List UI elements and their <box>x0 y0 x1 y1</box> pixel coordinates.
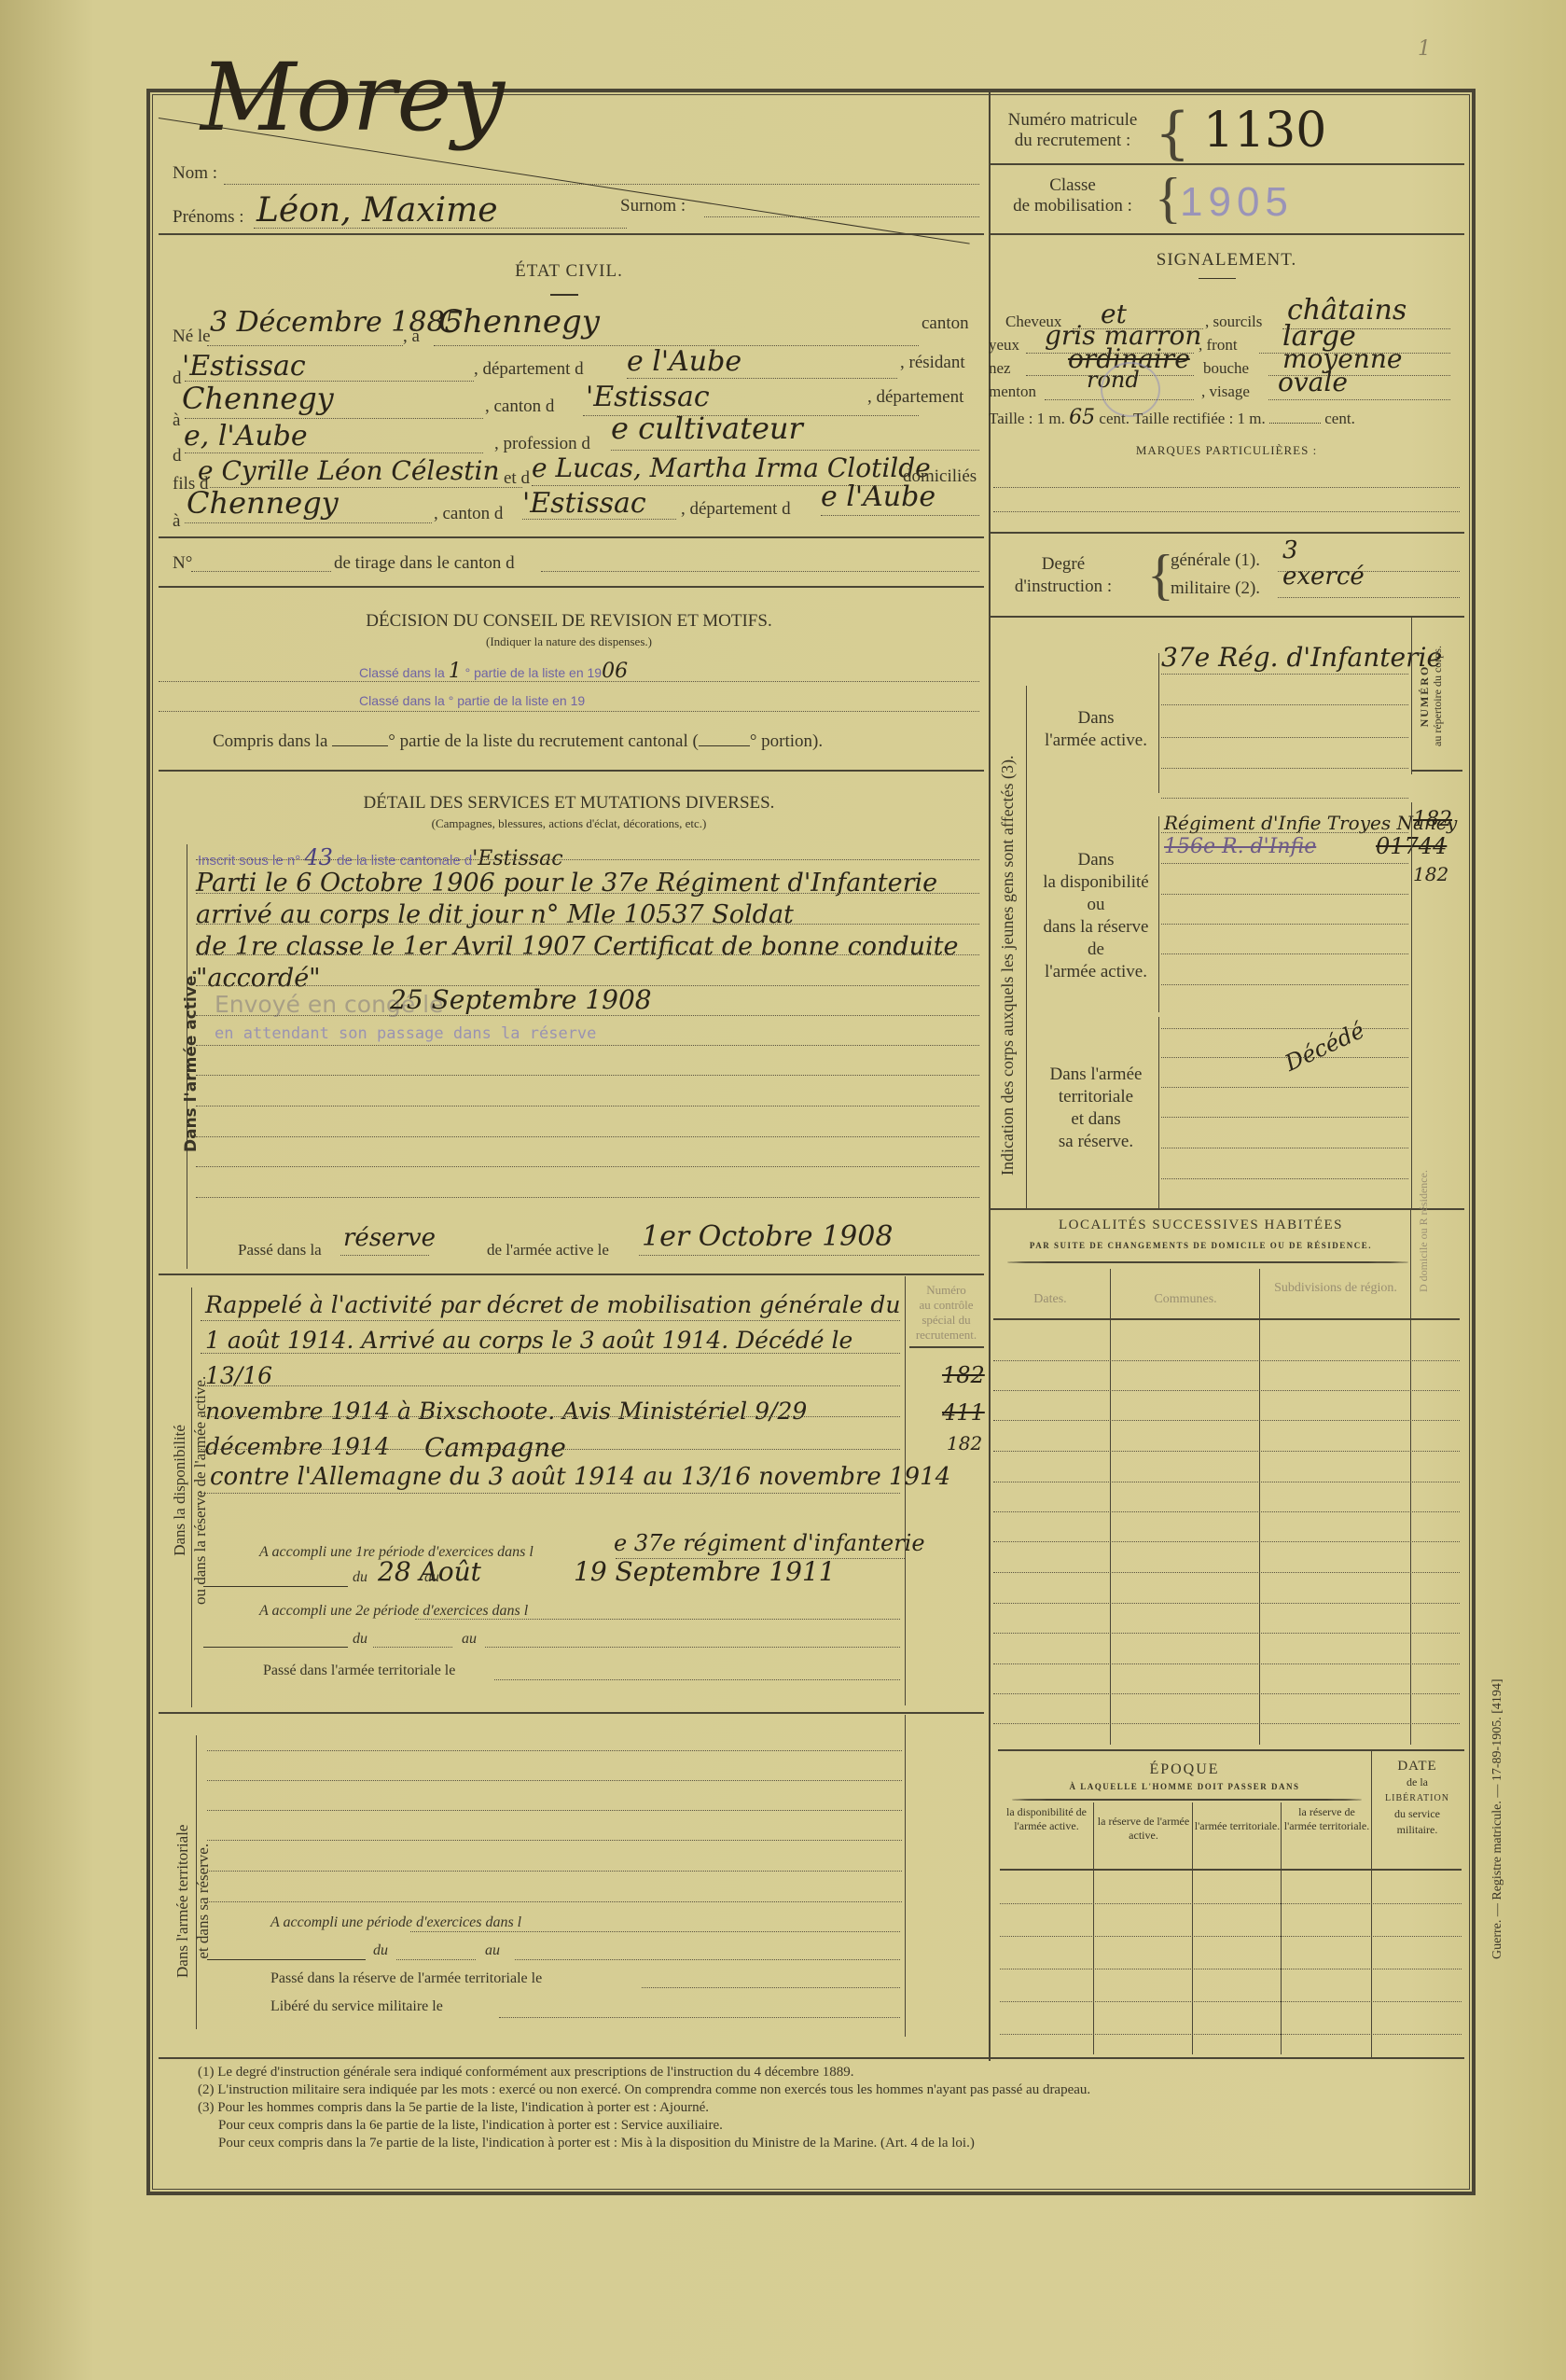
divider <box>159 536 984 538</box>
field-line <box>207 345 403 346</box>
periode2-du-label: du <box>353 1631 367 1648</box>
column-rule <box>905 1715 906 2037</box>
field-line <box>642 1987 900 1988</box>
divider <box>159 586 984 588</box>
degre-label-1: Degré <box>1007 553 1119 576</box>
canton-label: canton <box>922 313 969 334</box>
field-line <box>207 1901 902 1902</box>
etat-civil-title: ÉTAT CIVIL. <box>159 261 979 282</box>
header-line: du service <box>1373 1806 1462 1822</box>
field-line <box>196 1136 979 1137</box>
field-line <box>203 1586 348 1587</box>
field-line <box>1161 863 1408 864</box>
side-label-line: Dans la disponibilité <box>170 1376 190 1605</box>
numero-repertoire-header: NUMÉRO au répertoire du corps. <box>1418 646 1444 746</box>
residence-commune-value: Chennegy <box>182 381 334 416</box>
epoque-title: ÉPOQUE <box>998 1761 1371 1778</box>
armee-active-date: 1er Octobre 1908 <box>642 1220 893 1253</box>
et-label: et d <box>504 468 530 489</box>
brace-icon: { <box>1155 166 1182 230</box>
classe-label-2: de mobilisation : <box>989 196 1157 216</box>
field-line <box>1268 399 1450 400</box>
taille-cent: cent. <box>1099 410 1129 427</box>
row-line <box>1000 2034 1462 2035</box>
nez-label: nez <box>989 359 1011 378</box>
divider <box>159 233 984 235</box>
menton-label: menton <box>989 383 1036 401</box>
footnote: (2) L'instruction militaire sera indiqué… <box>198 2081 1466 2099</box>
divider <box>159 2057 1464 2059</box>
territoriale-du-label: du <box>373 1942 388 1959</box>
field-line <box>1161 704 1408 705</box>
residant-label: , résidant <box>900 353 965 373</box>
decision-year: 06 <box>602 660 628 683</box>
label-line: la disponibilité <box>1031 871 1161 894</box>
stamp-text: Classé dans la <box>359 665 445 680</box>
label-line: territoriale <box>1031 1086 1161 1108</box>
services-entries: Parti le 6 Octobre 1906 pour le 37e Régi… <box>196 868 989 995</box>
service-entry: arrivé au corps le dit jour n° Mle 10537… <box>196 899 989 931</box>
stamp-text: Inscrit sous le n° <box>198 853 300 869</box>
affectation-num-3: 182 <box>1413 863 1448 885</box>
label-line: Dans <box>1031 707 1161 730</box>
row-line <box>993 1511 1460 1512</box>
form-frame <box>146 89 1476 2195</box>
field-line <box>627 378 897 379</box>
territoriale-passe-label: Passé dans l'armée territoriale le <box>263 1663 455 1679</box>
controle-number: 182 <box>942 1362 985 1388</box>
epoque-col-reserve-territoriale: la réserve de l'armée territoriale. <box>1282 1805 1371 1833</box>
residence-canton-label: , canton d <box>485 397 554 417</box>
parents-canton-value: 'Estissac <box>522 487 646 520</box>
field-line <box>159 681 979 682</box>
localites-col-dates: Dates. <box>991 1292 1110 1307</box>
column-rule <box>1411 616 1412 774</box>
armee-active-label: de l'armée active le <box>487 1241 609 1260</box>
periode2-au-label: au <box>462 1631 477 1648</box>
label-line: l'armée active. <box>1031 961 1161 983</box>
field-line <box>207 1780 902 1781</box>
row-line <box>993 1390 1460 1391</box>
row-line <box>993 1603 1460 1604</box>
row-line <box>993 1541 1460 1542</box>
compris-label-3: ° portion). <box>750 731 823 751</box>
divider <box>159 1712 984 1714</box>
controle-number: 411 <box>942 1399 985 1426</box>
field-line <box>207 1810 902 1811</box>
divider <box>1411 770 1462 772</box>
divider <box>159 1274 984 1275</box>
footnote: Pour ceux compris dans la 7e partie de l… <box>198 2135 1466 2152</box>
field-line <box>373 1647 452 1648</box>
section-rule <box>1026 686 1027 1208</box>
brace-icon: { <box>1155 101 1190 166</box>
militaire-value: exercé <box>1282 563 1365 591</box>
passe-value: réserve <box>343 1224 436 1252</box>
field-line <box>201 1353 900 1354</box>
field-line <box>515 1959 900 1960</box>
header-line: au répertoire du corps. <box>1431 646 1444 746</box>
field-line <box>191 571 331 572</box>
libere-label: Libéré du service militaire le <box>270 1998 443 2015</box>
territoriale-au-label: au <box>485 1942 500 1959</box>
title-rule <box>550 294 578 296</box>
field-line <box>196 859 979 860</box>
field-line <box>1045 399 1194 400</box>
divider <box>1000 1869 1462 1871</box>
ne-le-label: Né le <box>173 327 211 347</box>
disponibilite-entry: Rappelé à l'activité par décret de mobil… <box>205 1287 905 1323</box>
services-subtitle: (Campagnes, blessures, actions d'éclat, … <box>159 816 979 831</box>
footnote: Pour ceux compris dans la 6e partie de l… <box>198 2117 1466 2135</box>
divider <box>989 616 1464 618</box>
field-line <box>201 1320 900 1321</box>
field-line <box>1161 1057 1408 1058</box>
field-line <box>1161 1148 1408 1148</box>
header-line: recrutement. <box>907 1328 986 1343</box>
compris-line: Compris dans la ° partie de la liste du … <box>213 731 823 752</box>
surnom-label: Surnom : <box>620 196 686 216</box>
field-line <box>1161 924 1408 925</box>
localites-col-subdivisions: Subdivisions de région. <box>1261 1280 1410 1296</box>
field-line <box>611 450 979 451</box>
passe-label: Passé dans la <box>238 1241 322 1260</box>
field-line <box>196 1075 979 1076</box>
column-rule <box>1259 1269 1260 1745</box>
field-line <box>396 1959 476 1960</box>
divider <box>989 163 1464 165</box>
periode2-label: A accompli une 2e période d'exercices da… <box>259 1603 528 1620</box>
numero-controle-header: Numéro au contrôle spécial du recrutemen… <box>907 1283 986 1343</box>
affectation-side-label: Indication des corps auxquels les jeunes… <box>998 755 1018 1176</box>
epoque-date-header: DATE de la LIBÉRATION du service militai… <box>1373 1759 1462 1838</box>
field-line <box>185 452 483 453</box>
field-line <box>1161 1117 1408 1118</box>
field-line <box>159 711 979 712</box>
field-line <box>340 1255 429 1256</box>
divider <box>989 532 1464 534</box>
header-line: Numéro <box>907 1283 986 1298</box>
field-line <box>415 1619 900 1620</box>
campagne-title: Campagne <box>424 1432 566 1463</box>
field-line <box>1161 1028 1408 1029</box>
field-line <box>185 418 483 419</box>
field-line <box>207 1750 902 1751</box>
field-line <box>207 1840 902 1841</box>
column-rule <box>1110 1269 1111 1745</box>
header-line: spécial du <box>907 1313 986 1328</box>
field-line <box>196 1166 979 1167</box>
field-line <box>201 1416 900 1417</box>
territoriale-reserve-label: Passé dans la réserve de l'armée territo… <box>270 1970 542 1987</box>
services-title: DÉTAIL DES SERVICES ET MUTATIONS DIVERSE… <box>159 793 979 814</box>
matricule-label-1: Numéro matricule <box>989 110 1157 131</box>
field-line <box>207 1959 366 1960</box>
visage-label: , visage <box>1201 383 1250 401</box>
footnote: (1) Le degré d'instruction générale sera… <box>198 2064 1466 2081</box>
side-label-line: Dans l'armée territoriale <box>173 1825 193 1978</box>
title-rule <box>1199 278 1236 279</box>
departement-label: , département d <box>474 359 584 380</box>
header-line: militaire. <box>1373 1822 1462 1838</box>
field-line <box>1161 894 1408 895</box>
row-line <box>993 1451 1460 1452</box>
row-line <box>993 1482 1460 1482</box>
label-line: dans la réserve <box>1031 916 1161 939</box>
header-line: de la <box>1373 1775 1462 1790</box>
tirage-no-label: N° <box>173 553 192 574</box>
field-line <box>410 1931 900 1932</box>
header-line: LIBÉRATION <box>1373 1790 1462 1806</box>
marques-label: MARQUES PARTICULIÈRES : <box>989 443 1464 458</box>
row-line <box>1000 2001 1462 2002</box>
residence-a-label: à <box>173 411 180 431</box>
periode1-au-label: au <box>424 1569 439 1586</box>
controle-number: 182 <box>947 1432 982 1454</box>
divider <box>993 1318 1460 1320</box>
brace-line <box>1158 1017 1159 1208</box>
periode1-au-value: 19 Septembre 1911 <box>574 1556 836 1587</box>
militaire-label: militaire (2). <box>1171 578 1260 599</box>
row-line <box>1000 1903 1462 1904</box>
compris-label-2: ° partie de la liste du recrutement cant… <box>388 731 699 751</box>
field-line <box>541 571 979 572</box>
decision-line-1: Classé dans la 1 ° partie de la liste en… <box>359 660 628 683</box>
row-line <box>993 1420 1460 1421</box>
localites-title: LOCALITÉS SUCCESSIVES HABITÉES <box>993 1218 1408 1233</box>
label-line: Dans l'armée <box>1031 1064 1161 1086</box>
field-line <box>821 515 979 516</box>
margin-print: Guerre. — Registre matricule. — 17-89-19… <box>1490 1678 1505 1959</box>
row-line <box>993 1360 1460 1361</box>
field-line <box>203 1647 348 1648</box>
decision-line-2: Classé dans la ° partie de la liste en 1… <box>359 693 585 708</box>
side-label-active: Dans l'armée active. <box>182 969 201 1152</box>
header-line: DATE <box>1373 1759 1462 1775</box>
field-line <box>196 954 979 955</box>
classe-value: 1905 <box>1180 179 1294 226</box>
row-line <box>993 1633 1460 1634</box>
inscrit-number: 43 <box>304 844 333 870</box>
parents-departement-label: , département d <box>681 499 791 520</box>
reserve-stamp: en attendant son passage dans la réserve <box>215 1024 596 1043</box>
signalement-title: SIGNALEMENT. <box>989 250 1464 271</box>
affectation-disponibilite-value-2: 156e R. d'Infie <box>1164 835 1316 858</box>
label-line: de <box>1031 939 1161 961</box>
field-line <box>1269 423 1321 424</box>
column-rule <box>1192 1802 1193 2054</box>
epoque-col-reserve-active: la réserve de l'armée active. <box>1095 1815 1192 1843</box>
field-line <box>196 924 979 925</box>
front-label: , front <box>1199 336 1238 355</box>
label-line: et dans <box>1031 1108 1161 1131</box>
field-line <box>1161 832 1408 833</box>
field-line <box>485 1647 900 1648</box>
localites-side-column: D domicile ou R résidence. <box>1418 1170 1430 1292</box>
field-line <box>332 745 388 746</box>
field-line <box>207 1871 902 1872</box>
birthplace-label: , à <box>403 327 420 347</box>
corner-mark: 1 <box>1418 37 1431 61</box>
divider <box>159 770 984 772</box>
column-rule <box>1411 802 1412 1208</box>
father-name: e Cyrille Léon Célestin <box>198 455 500 486</box>
header-line: NUMÉRO <box>1418 646 1431 746</box>
divider <box>998 1749 1464 1751</box>
prenoms-label: Prénoms : <box>173 207 244 228</box>
residence-canton-value: 'Estissac <box>586 381 710 413</box>
matricule-label-2: du recrutement : <box>989 131 1157 151</box>
field-line <box>699 745 750 746</box>
brace-rule <box>1012 1799 1362 1801</box>
periode1-du-label: du <box>353 1569 367 1586</box>
classe-label-1: Classe <box>989 175 1157 196</box>
nom-label: Nom : <box>173 163 217 184</box>
field-line <box>1161 984 1408 985</box>
tirage-canton-label: de tirage dans le canton d <box>334 553 515 574</box>
taille-value: 65 <box>1069 406 1095 429</box>
prenoms-line <box>254 228 627 229</box>
residence-departement-label: , département <box>867 387 963 408</box>
service-entry: Parti le 6 Octobre 1906 pour le 37e Régi… <box>196 868 989 899</box>
disponibilite-entry: 1 août 1914. Arrivé au corps le 3 août 1… <box>205 1323 905 1394</box>
birthplace-value: Chennegy <box>438 303 600 341</box>
matricule-label: Numéro matricule du recrutement : <box>989 110 1157 151</box>
campagne-line: contre l'Allemagne du 3 août 1914 au 13/… <box>210 1463 950 1491</box>
label-line: Dans <box>1031 849 1161 871</box>
field-line <box>201 1449 900 1450</box>
row-line <box>993 1663 1460 1664</box>
row-line <box>993 1723 1460 1724</box>
field-line <box>1161 953 1408 954</box>
profession-label: , profession d <box>494 434 590 454</box>
surnom-line <box>704 216 979 217</box>
row-line <box>993 1572 1460 1573</box>
periode1-value: e 37e régiment d'infanterie <box>614 1530 925 1556</box>
footnotes: (1) Le degré d'instruction générale sera… <box>198 2064 1466 2152</box>
field-line <box>196 1106 979 1106</box>
affectation-active-label: Dans l'armée active. <box>1031 707 1161 752</box>
taille-rectifiee-cent: cent. <box>1324 410 1355 427</box>
brace-line <box>1158 653 1159 793</box>
matricule-value: 1130 <box>1203 103 1326 159</box>
parents-departement-value: e l'Aube <box>821 480 935 513</box>
label-line: l'armée active. <box>1031 730 1161 752</box>
decision-title: DÉCISION DU CONSEIL DE REVISION ET MOTIF… <box>159 611 979 632</box>
affectation-territoriale-label: Dans l'armée territoriale et dans sa rés… <box>1031 1064 1161 1153</box>
field-line <box>196 1045 979 1046</box>
field-line <box>1161 1087 1408 1088</box>
mother-name: e Lucas, Martha Irma Clotilde <box>532 452 931 483</box>
field-line <box>196 1197 979 1198</box>
compris-label-1: Compris dans la <box>213 731 328 751</box>
epoque-col-territoriale: l'armée territoriale. <box>1194 1819 1281 1833</box>
epoque-subtitle: À LAQUELLE L'HOMME DOIT PASSER DANS <box>998 1782 1371 1791</box>
generale-label: générale (1). <box>1171 550 1260 571</box>
field-line <box>1161 1178 1408 1179</box>
divider <box>989 233 1464 235</box>
header-line: au contrôle <box>907 1298 986 1313</box>
field-line <box>185 522 432 523</box>
territoriale-periode-label: A accompli une période d'exercices dans … <box>270 1914 521 1931</box>
birth-departement-value: e l'Aube <box>627 345 741 378</box>
birth-canton-value: 'Estissac <box>182 350 306 383</box>
decision-subtitle: (Indiquer la nature des dispenses.) <box>159 634 979 649</box>
affectation-active-value: 37e Rég. d'Infanterie <box>1161 642 1442 673</box>
field-line <box>1161 674 1408 675</box>
field-line <box>1278 597 1460 598</box>
divider <box>909 1346 984 1348</box>
affectation-disponibilite-label: Dans la disponibilité ou dans la réserve… <box>1031 849 1161 983</box>
brace-line <box>1158 816 1159 1012</box>
birth-date: 3 Décembre 1885 <box>210 306 463 339</box>
column-rule <box>905 1276 906 1705</box>
sourcils-label: , sourcils <box>1205 313 1262 331</box>
field-line <box>196 1015 979 1016</box>
nom-line <box>224 184 979 185</box>
localites-col-communes: Communes. <box>1112 1292 1259 1307</box>
visage-value: ovale <box>1278 367 1348 397</box>
degre-instruction-label: Degré d'instruction : <box>1007 553 1119 598</box>
label-line: sa réserve. <box>1031 1131 1161 1153</box>
field-line <box>201 1493 900 1494</box>
inscrit-line: Inscrit sous le n° 43 de la liste canton… <box>198 844 563 870</box>
epoque-col-disponibilite: la disponibilité de l'armée active. <box>1000 1805 1093 1833</box>
parents-a-label: à <box>173 511 180 532</box>
prenoms-value: Léon, Maxime <box>256 191 498 230</box>
taille-line: Taille : 1 m. 65 cent. Taille rectifiée … <box>989 406 1355 429</box>
column-rule <box>1281 1802 1282 2054</box>
bouche-label: bouche <box>1203 359 1249 378</box>
degre-label-2: d'instruction : <box>1007 576 1119 598</box>
decision-part: 1 <box>449 660 462 683</box>
affectation-num-1: 182 <box>1413 808 1452 831</box>
row-line <box>993 1693 1460 1694</box>
residence-de-label: d <box>173 446 182 466</box>
row-line <box>1000 1969 1462 1969</box>
localites-subtitle: PAR SUITE DE CHANGEMENTS DE DOMICILE OU … <box>993 1241 1408 1250</box>
field-line <box>993 511 1460 512</box>
parents-canton-label: , canton d <box>434 504 503 524</box>
brace-rule <box>1007 1261 1408 1263</box>
yeux-label: yeux <box>989 336 1019 355</box>
footnote: (3) Pour les hommes compris dans la 5e p… <box>198 2099 1466 2117</box>
stamp-text: ° partie de la liste en 19 <box>465 665 602 680</box>
field-line <box>1161 737 1408 738</box>
field-line <box>639 1255 979 1256</box>
service-entry: de 1re classe le 1er Avril 1907 Certific… <box>196 931 989 963</box>
stamp-text: de la liste cantonale d <box>337 853 472 869</box>
column-rule <box>1093 1802 1094 2054</box>
residence-departement-value: e, l'Aube <box>184 420 308 452</box>
field-line <box>993 487 1460 488</box>
field-line <box>201 1385 900 1386</box>
taille-label: Taille : 1 m. <box>989 410 1065 427</box>
generale-value: 3 <box>1282 536 1298 564</box>
field-line <box>494 1679 900 1680</box>
divider <box>989 1208 1464 1210</box>
conge-date: 25 Septembre 1908 <box>390 984 652 1015</box>
label-line: ou <box>1031 894 1161 916</box>
d-label: d <box>173 369 182 389</box>
field-line <box>1161 798 1408 799</box>
field-line <box>522 519 676 520</box>
classe-label: Classe de mobilisation : <box>989 175 1157 216</box>
parents-commune-value: Chennegy <box>187 485 339 521</box>
field-line <box>196 893 979 894</box>
taille-rectifiee-label: Taille rectifiée : 1 m. <box>1133 410 1266 427</box>
row-line <box>1000 1936 1462 1937</box>
